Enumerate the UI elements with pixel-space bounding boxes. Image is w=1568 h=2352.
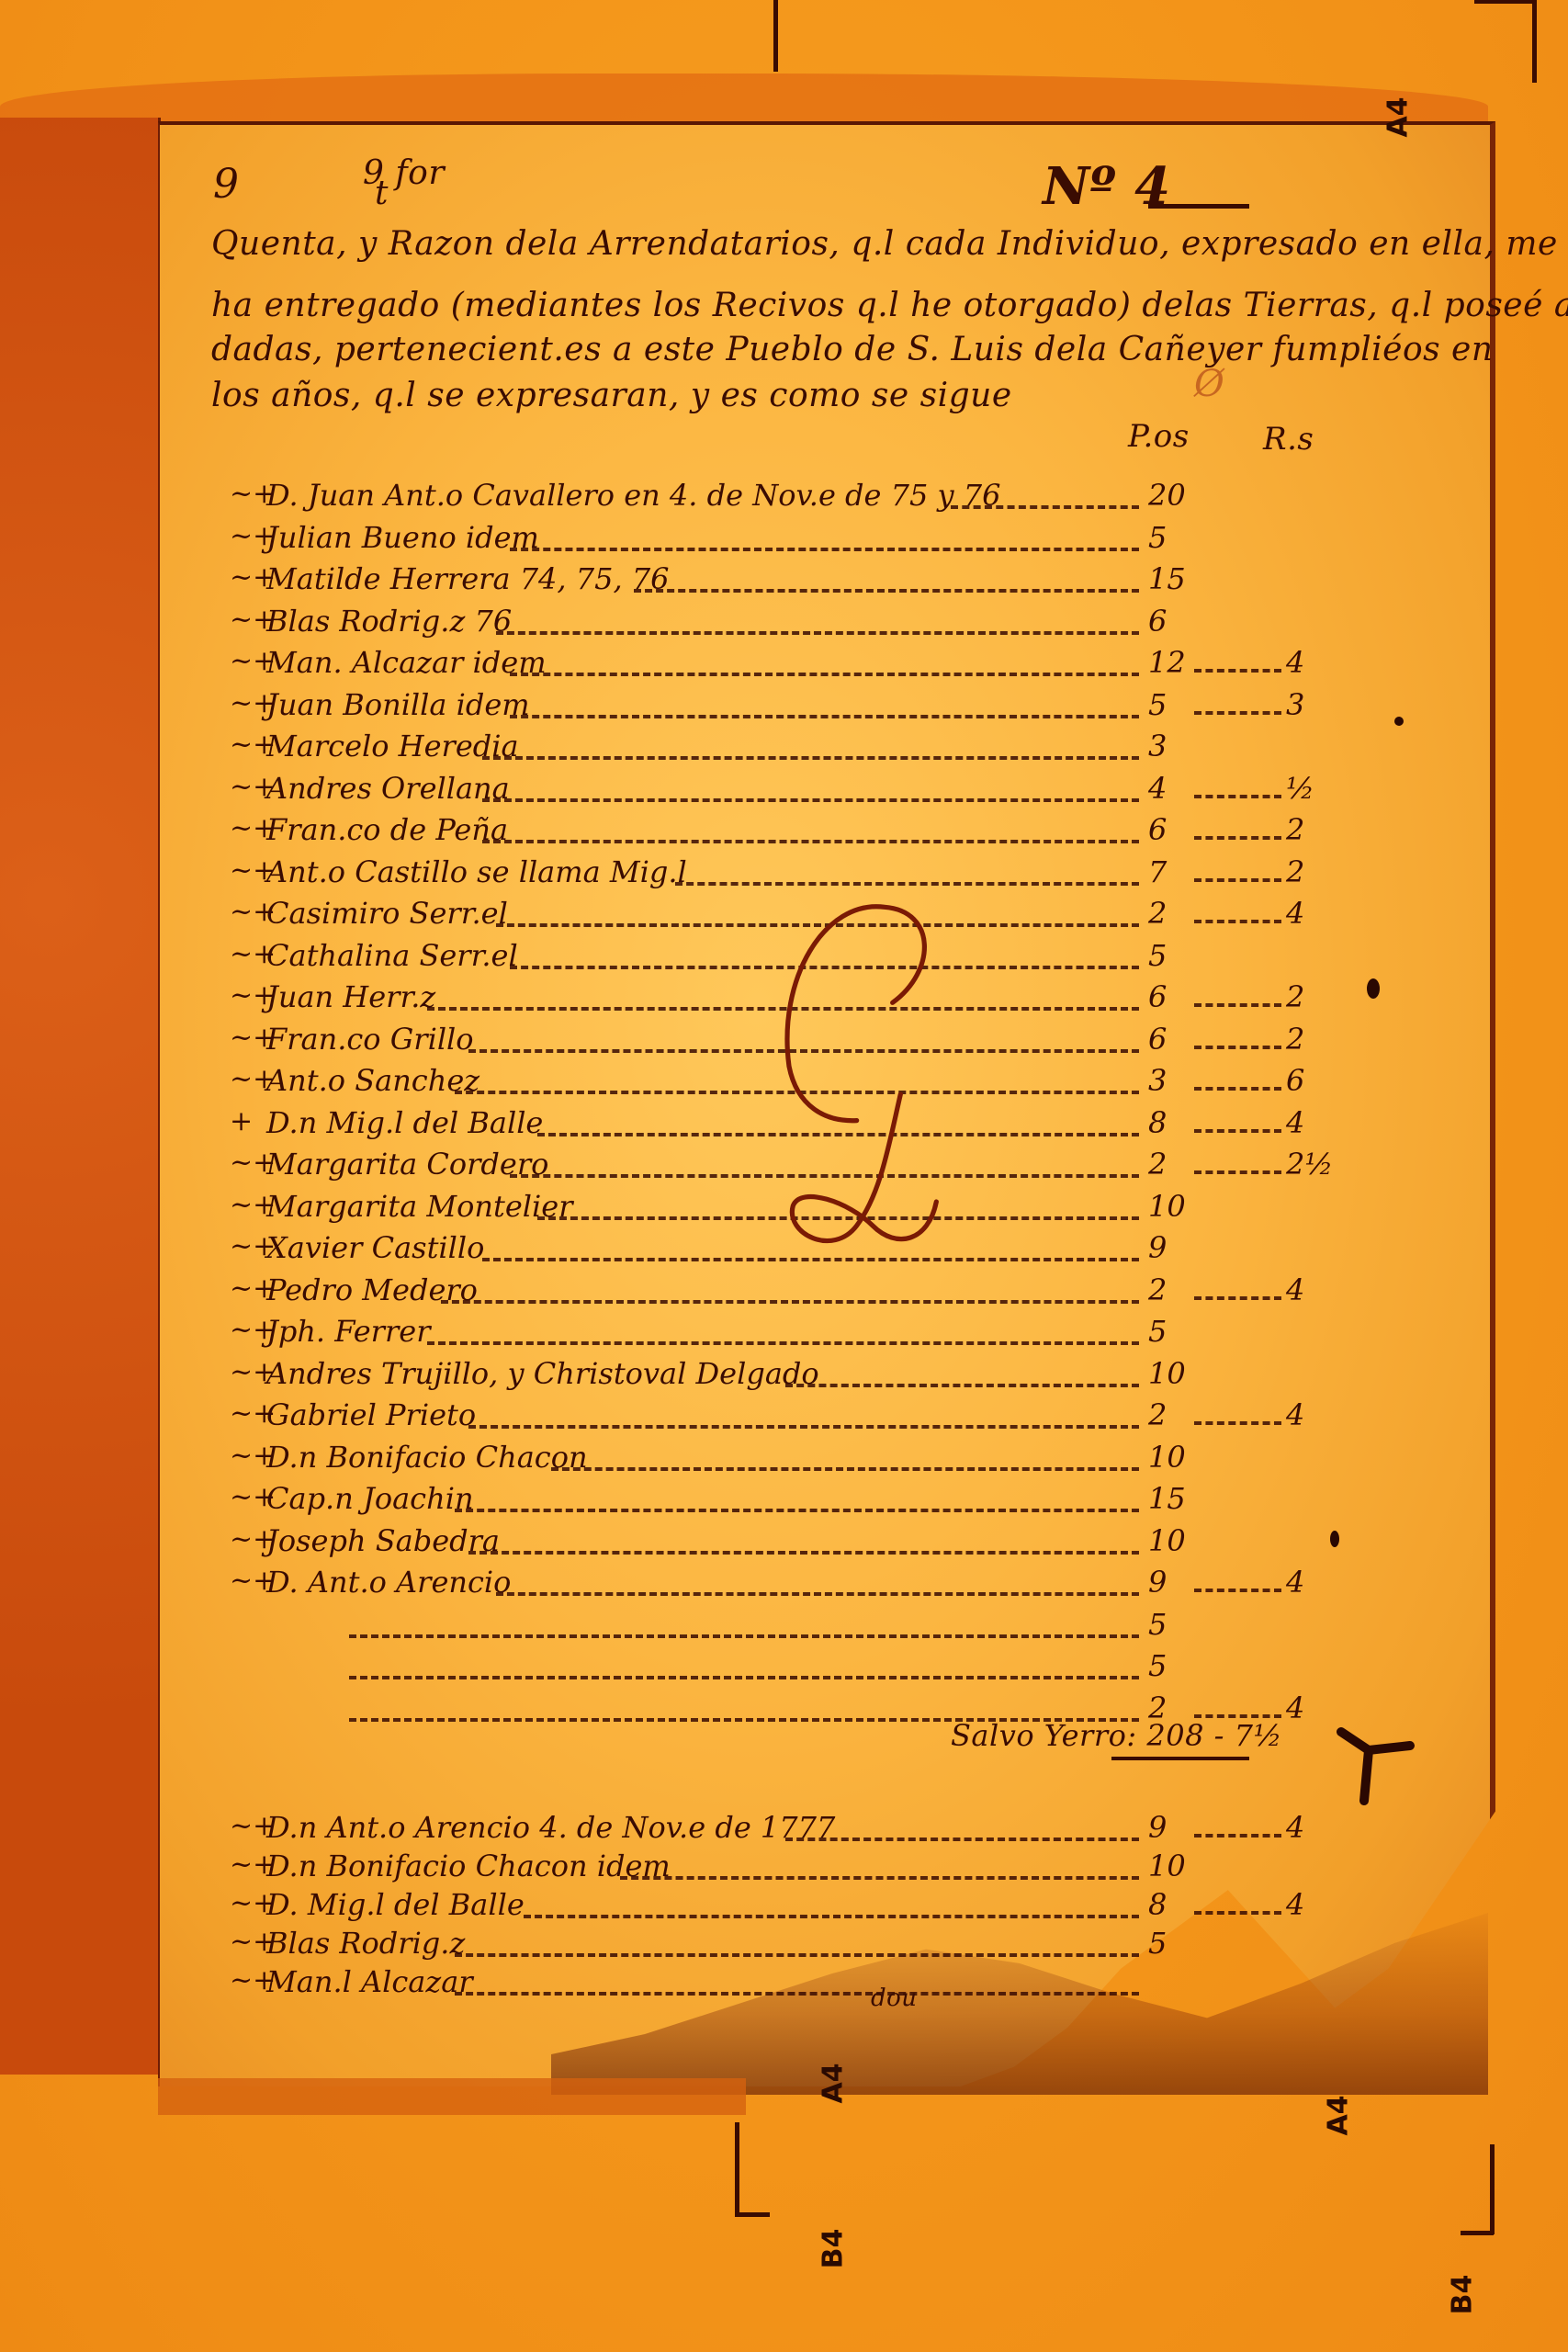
row-name: Man. Alcazar idem bbox=[266, 645, 547, 680]
row-pesos: 4 bbox=[1148, 771, 1167, 806]
row-reales: 4 bbox=[1286, 1397, 1304, 1432]
crop-mark-top-left bbox=[773, 0, 778, 72]
row-name: D. Juan Ant.o Cavallero en 4. de Nov.e d… bbox=[266, 478, 1001, 513]
row-pesos: 7 bbox=[1148, 854, 1167, 889]
row-reales: 2 bbox=[1286, 979, 1304, 1014]
row-reales: 4 bbox=[1286, 1887, 1304, 1922]
scan-marker-a4-bottom-right: A4 bbox=[1323, 2095, 1355, 2135]
row-name: Cathalina Serr.el bbox=[266, 938, 518, 973]
row-name: Gabriel Prieto bbox=[266, 1397, 476, 1432]
row-name: Andres Orellana bbox=[266, 771, 510, 806]
ledger-row: ~+Joseph Sabedra10 bbox=[230, 1523, 1286, 1566]
ledger-row: ~+Man.l Alcazar bbox=[230, 1964, 1286, 2007]
crop-mark-bottom-left-h bbox=[735, 2212, 770, 2217]
leader-dots bbox=[455, 1505, 1139, 1512]
ledger-row: ~+Jph. Ferrer5 bbox=[230, 1314, 1286, 1356]
faint-pencil-mark: Ø bbox=[1194, 363, 1224, 405]
row-reales: 4 bbox=[1286, 1810, 1304, 1845]
row-reales: 4 bbox=[1286, 1105, 1304, 1140]
leader-dots bbox=[496, 628, 1139, 635]
header-line-3: dadas, pertenecient.es a este Pueblo de … bbox=[211, 331, 1494, 368]
row-pesos: 3 bbox=[1148, 729, 1167, 763]
leader-dots bbox=[510, 544, 1139, 551]
leader-dots bbox=[482, 795, 1139, 802]
row-pesos: 10 bbox=[1148, 1849, 1186, 1883]
row-pesos: 12 bbox=[1148, 645, 1186, 680]
leader-dots bbox=[455, 1950, 1139, 1957]
crop-mark-bottom-right-v bbox=[1490, 2144, 1495, 2234]
leader-dots bbox=[510, 669, 1139, 676]
row-name: D.n Bonifacio Chacon bbox=[266, 1440, 588, 1475]
y-shaped-mark bbox=[1337, 1723, 1419, 1815]
row-name: D.n Mig.l del Balle bbox=[266, 1105, 543, 1140]
row-reales: 4 bbox=[1286, 1272, 1304, 1307]
row-name: D. Mig.l del Balle bbox=[266, 1887, 525, 1922]
ledger-row: ~+Andres Trujillo, y Christoval Delgado1… bbox=[230, 1356, 1286, 1398]
crop-mark-top-right bbox=[1532, 0, 1537, 83]
row-pesos: 8 bbox=[1148, 1887, 1167, 1922]
ink-blot bbox=[1330, 1531, 1339, 1547]
scan-marker-a4-bottom-left: A4 bbox=[818, 2063, 850, 2103]
ledger-row: 5 bbox=[230, 1607, 1286, 1649]
flourish-letter-l bbox=[753, 864, 992, 1277]
row-mark: + bbox=[230, 1105, 253, 1137]
header-line-4: los años, q.l se expresaran, y es como s… bbox=[211, 377, 1012, 414]
row-name: Julian Bueno idem bbox=[266, 520, 539, 555]
folio-mark-center: t bbox=[375, 175, 389, 212]
leader-dots bbox=[455, 1988, 1139, 1996]
leader-dots bbox=[634, 585, 1139, 593]
row-reales: 4 bbox=[1286, 1565, 1304, 1600]
row-name: Cap.n Joachin bbox=[266, 1481, 474, 1516]
scan-marker-a4-top: A4 bbox=[1382, 96, 1415, 137]
leader-dots bbox=[468, 1421, 1139, 1429]
leader-dots bbox=[1194, 669, 1281, 673]
row-pesos: 5 bbox=[1148, 1314, 1167, 1349]
leader-dots bbox=[349, 1672, 1139, 1679]
row-name: Casimiro Serr.el bbox=[266, 896, 508, 931]
row-pesos: 2 bbox=[1148, 1272, 1167, 1307]
row-name: Juan Bonilla idem bbox=[266, 687, 530, 722]
row-pesos: 15 bbox=[1148, 561, 1186, 596]
row-pesos: 5 bbox=[1148, 938, 1167, 973]
row-name: Blas Rodrig.z bbox=[266, 1926, 465, 1961]
total-underline bbox=[1111, 1757, 1249, 1760]
row-reales: 2 bbox=[1286, 812, 1304, 847]
leader-dots bbox=[551, 1464, 1139, 1471]
row-pesos: 2 bbox=[1148, 1397, 1167, 1432]
leader-dots bbox=[785, 1380, 1139, 1387]
leader-dots bbox=[1194, 1003, 1281, 1007]
leader-dots bbox=[1194, 1129, 1281, 1133]
torn-fragment-text: dou bbox=[871, 1984, 918, 2012]
leader-dots bbox=[524, 1911, 1139, 1918]
row-pesos: 6 bbox=[1148, 812, 1167, 847]
row-pesos: 3 bbox=[1148, 1063, 1167, 1098]
ledger-row: ~+Fran.co de Peña62 bbox=[230, 812, 1286, 854]
leader-dots bbox=[349, 1631, 1139, 1638]
ledger-row: ~+Marcelo Heredia3 bbox=[230, 729, 1286, 771]
row-reales: 3 bbox=[1286, 687, 1304, 722]
ledger-row: ~+Blas Rodrig.z5 bbox=[230, 1926, 1286, 1968]
row-pesos: 5 bbox=[1148, 687, 1167, 722]
row-reales: ½ bbox=[1286, 771, 1314, 806]
book-cover-edge bbox=[0, 118, 161, 2075]
leader-dots bbox=[620, 1872, 1139, 1880]
scan-marker-b4-bottom-left: B4 bbox=[817, 2229, 849, 2269]
row-name: Jph. Ferrer bbox=[266, 1314, 430, 1349]
row-pesos: 5 bbox=[1148, 1607, 1167, 1642]
ledger-row: ~+D. Juan Ant.o Cavallero en 4. de Nov.e… bbox=[230, 478, 1286, 520]
row-pesos: 9 bbox=[1148, 1565, 1167, 1600]
leader-dots bbox=[441, 1296, 1139, 1304]
ledger-row: ~+D.n Bonifacio Chacon idem10 bbox=[230, 1849, 1286, 1891]
row-reales: 4 bbox=[1286, 645, 1304, 680]
leader-dots bbox=[1194, 920, 1281, 923]
ink-blot bbox=[1367, 978, 1380, 999]
row-pesos: 6 bbox=[1148, 1022, 1167, 1057]
leader-dots bbox=[427, 1338, 1139, 1345]
ledger-row: ~+D.n Ant.o Arencio 4. de Nov.e de 17779… bbox=[230, 1810, 1286, 1852]
leader-dots bbox=[1194, 1589, 1281, 1592]
ink-blot bbox=[1394, 717, 1404, 726]
row-name: Ant.o Castillo se llama Mig.l bbox=[266, 854, 687, 889]
row-name: D.n Ant.o Arencio 4. de Nov.e de 1777 bbox=[266, 1810, 835, 1845]
row-reales: 2 bbox=[1286, 854, 1304, 889]
row-name: Fran.co de Peña bbox=[266, 812, 508, 847]
leader-dots bbox=[496, 1589, 1139, 1596]
scan-marker-b4-bottom-right: B4 bbox=[1446, 2275, 1478, 2315]
leader-dots bbox=[1194, 1170, 1281, 1174]
row-reales: 2 bbox=[1286, 1022, 1304, 1057]
ledger-row: ~+Man. Alcazar idem124 bbox=[230, 645, 1286, 687]
ledger-row: ~+Gabriel Prieto24 bbox=[230, 1397, 1286, 1440]
row-pesos: 10 bbox=[1148, 1356, 1186, 1391]
row-pesos: 5 bbox=[1148, 1926, 1167, 1961]
leader-dots bbox=[1194, 1087, 1281, 1091]
ledger-row: ~+Julian Bueno idem5 bbox=[230, 520, 1286, 562]
total-value: 208 - 7½ bbox=[1146, 1718, 1282, 1753]
leader-dots bbox=[1194, 711, 1281, 715]
page-bottom-edge bbox=[158, 2078, 746, 2115]
leader-dots bbox=[1194, 1421, 1281, 1425]
header-line-2: ha entregado (mediantes los Recivos q.l … bbox=[211, 287, 1568, 324]
row-pesos: 10 bbox=[1148, 1523, 1186, 1558]
crop-mark-bottom-right-h bbox=[1461, 2231, 1494, 2235]
row-pesos: 9 bbox=[1148, 1810, 1167, 1845]
row-name: Fran.co Grillo bbox=[266, 1022, 474, 1057]
ledger-row: 5 bbox=[230, 1648, 1286, 1690]
total-label-text: Salvo Yerro: bbox=[951, 1718, 1137, 1753]
ledger-row: ~+D. Mig.l del Balle84 bbox=[230, 1887, 1286, 1929]
header-line-1: Quenta, y Razon dela Arrendatarios, q.l … bbox=[211, 225, 1558, 263]
column-header-pesos: P.os bbox=[1128, 418, 1190, 455]
leader-dots bbox=[785, 1834, 1139, 1841]
leader-dots bbox=[1194, 878, 1281, 882]
leader-dots bbox=[1194, 836, 1281, 840]
leader-dots bbox=[510, 711, 1139, 718]
row-name: Margarita Cordero bbox=[266, 1147, 548, 1182]
row-reales: 2½ bbox=[1286, 1147, 1333, 1182]
row-name: Xavier Castillo bbox=[266, 1230, 484, 1265]
leader-dots bbox=[1194, 795, 1281, 798]
crop-mark-top-right-h bbox=[1474, 0, 1535, 4]
crop-mark-bottom-left-v bbox=[735, 2122, 739, 2214]
row-name: Joseph Sabedra bbox=[266, 1523, 500, 1558]
row-reales: 6 bbox=[1286, 1063, 1304, 1098]
ledger-row: ~+Cap.n Joachin15 bbox=[230, 1481, 1286, 1523]
folio-mark-left: 9 bbox=[213, 161, 240, 208]
row-name: D.n Bonifacio Chacon idem bbox=[266, 1849, 671, 1883]
row-reales: 4 bbox=[1286, 896, 1304, 931]
ledger-row: ~+D.n Bonifacio Chacon10 bbox=[230, 1440, 1286, 1482]
ledger-row: ~+Pedro Medero24 bbox=[230, 1272, 1286, 1315]
row-pesos: 2 bbox=[1148, 1147, 1167, 1182]
row-pesos: 6 bbox=[1148, 979, 1167, 1014]
leader-dots bbox=[482, 752, 1139, 760]
leader-dots bbox=[1194, 1046, 1281, 1049]
row-name: Juan Herr.z bbox=[266, 979, 435, 1014]
leader-dots bbox=[482, 836, 1139, 843]
row-name: Matilde Herrera 74, 75, 76 bbox=[266, 561, 670, 596]
ledger-row: ~+Blas Rodrig.z 766 bbox=[230, 604, 1286, 646]
row-pesos: 15 bbox=[1148, 1481, 1186, 1516]
row-name: Margarita Montelier bbox=[266, 1189, 572, 1224]
row-pesos: 2 bbox=[1148, 896, 1167, 931]
leader-dots bbox=[1194, 1714, 1281, 1718]
row-pesos: 20 bbox=[1148, 478, 1186, 513]
leader-dots bbox=[468, 1547, 1139, 1555]
row-name: Blas Rodrig.z 76 bbox=[266, 604, 512, 639]
ledger-row: ~+Juan Bonilla idem53 bbox=[230, 687, 1286, 729]
total-label: Salvo Yerro: 208 - 7½ bbox=[951, 1718, 1282, 1753]
column-header-reales: R.s bbox=[1263, 421, 1314, 458]
row-pesos: 10 bbox=[1148, 1189, 1186, 1224]
ledger-row: ~+Andres Orellana4½ bbox=[230, 771, 1286, 813]
ledger-row: ~+Matilde Herrera 74, 75, 7615 bbox=[230, 561, 1286, 604]
row-name: Ant.o Sanchez bbox=[266, 1063, 479, 1098]
row-reales: 4 bbox=[1286, 1690, 1304, 1725]
row-pesos: 10 bbox=[1148, 1440, 1186, 1475]
row-name: Marcelo Heredia bbox=[266, 729, 519, 763]
row-name: D. Ant.o Arencio bbox=[266, 1565, 511, 1600]
leader-dots bbox=[1194, 1834, 1281, 1837]
row-name: Andres Trujillo, y Christoval Delgado bbox=[266, 1356, 819, 1391]
row-name: Man.l Alcazar bbox=[266, 1964, 473, 1999]
folio-number-underline bbox=[1148, 204, 1249, 209]
ledger-row: ~+D. Ant.o Arencio94 bbox=[230, 1565, 1286, 1607]
leader-dots bbox=[951, 502, 1139, 509]
row-pesos: 6 bbox=[1148, 604, 1167, 639]
row-pesos: 5 bbox=[1148, 1648, 1167, 1683]
leader-dots bbox=[1194, 1911, 1281, 1915]
leader-dots bbox=[1194, 1296, 1281, 1300]
row-pesos: 5 bbox=[1148, 520, 1167, 555]
row-pesos: 9 bbox=[1148, 1230, 1167, 1265]
row-pesos: 8 bbox=[1148, 1105, 1167, 1140]
